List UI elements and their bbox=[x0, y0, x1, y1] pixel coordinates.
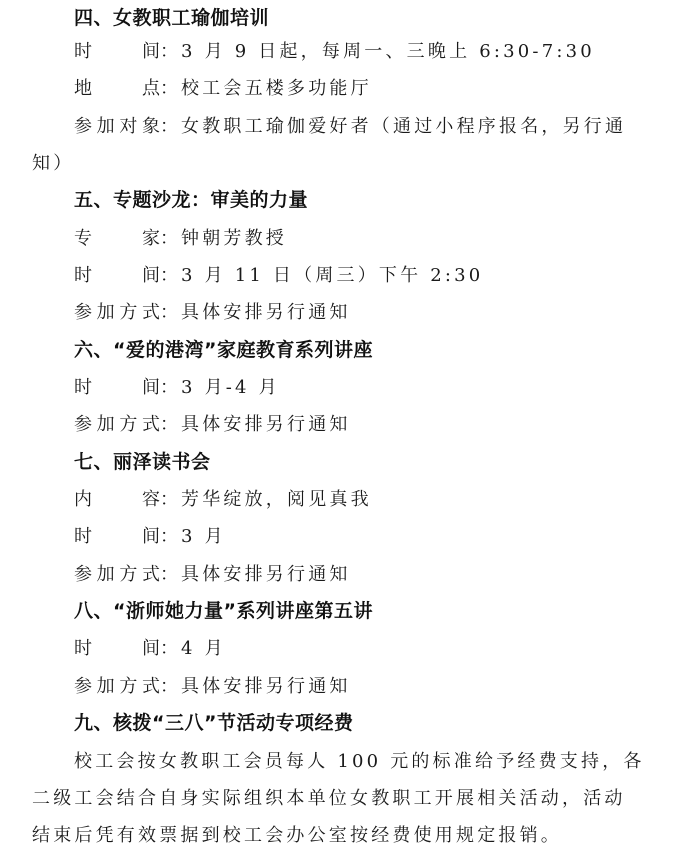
field-row-content: 内容：芳华绽放，阅见真我 bbox=[74, 481, 372, 518]
field-label: 参加对象 bbox=[74, 108, 160, 145]
paragraph-line: 结束后凭有效票据到校工会办公室按经费使用规定报销。 bbox=[32, 817, 562, 847]
field-row-time: 时间：4 月 bbox=[74, 630, 226, 667]
field-row-continuation: 知） bbox=[32, 145, 74, 182]
field-row-method: 参加方式：具体安排另行通知 bbox=[74, 668, 351, 705]
field-label: 参加方式 bbox=[74, 294, 160, 331]
field-value: 3 月 bbox=[181, 526, 226, 547]
field-value: 女教职工瑜伽爱好者（通过小程序报名，另行通 bbox=[181, 116, 626, 137]
field-value: 芳华绽放，阅见真我 bbox=[181, 489, 372, 510]
field-row-participants: 参加对象：女教职工瑜伽爱好者（通过小程序报名，另行通 bbox=[74, 108, 626, 145]
field-row-time: 时间：3 月 bbox=[74, 518, 226, 555]
field-value: 具体安排另行通知 bbox=[181, 676, 351, 697]
field-row-location: 地点：校工会五楼多功能厅 bbox=[74, 70, 372, 107]
section-heading-salon: 五、专题沙龙：审美的力量 bbox=[74, 182, 308, 219]
colon: ： bbox=[160, 257, 181, 294]
section-heading-book-club: 七、丽泽读书会 bbox=[74, 444, 211, 481]
field-value: 4 月 bbox=[181, 638, 226, 659]
field-row-time: 时间：3 月 11 日（周三）下午 2:30 bbox=[74, 257, 483, 294]
field-label: 专家 bbox=[74, 220, 160, 257]
field-row-expert: 专家：钟朝芳教授 bbox=[74, 220, 287, 257]
field-label: 参加方式 bbox=[74, 406, 160, 443]
colon: ： bbox=[160, 33, 181, 70]
field-value: 具体安排另行通知 bbox=[181, 564, 351, 585]
field-row-time: 时间：3 月-4 月 bbox=[74, 369, 280, 406]
field-row-method: 参加方式：具体安排另行通知 bbox=[74, 556, 351, 593]
colon: ： bbox=[160, 630, 181, 667]
field-label: 时间 bbox=[74, 257, 160, 294]
field-value: 钟朝芳教授 bbox=[181, 228, 287, 249]
field-label: 内容 bbox=[74, 481, 160, 518]
field-value: 具体安排另行通知 bbox=[181, 414, 351, 435]
field-value: 校工会五楼多功能厅 bbox=[181, 78, 372, 99]
colon: ： bbox=[160, 481, 181, 518]
colon: ： bbox=[160, 369, 181, 406]
field-value: 3 月 11 日（周三）下午 2:30 bbox=[181, 265, 483, 286]
field-label: 时间 bbox=[74, 518, 160, 555]
colon: ： bbox=[160, 294, 181, 331]
section-heading-funding: 九、核拨“三八”节活动专项经费 bbox=[74, 705, 353, 742]
section-heading-yoga: 四、女教职工瑜伽培训 bbox=[74, 0, 269, 37]
colon: ： bbox=[160, 406, 181, 443]
field-row-method: 参加方式：具体安排另行通知 bbox=[74, 294, 351, 331]
field-label: 参加方式 bbox=[74, 556, 160, 593]
colon: ： bbox=[160, 70, 181, 107]
section-heading-family-lectures: 六、“爱的港湾”家庭教育系列讲座 bbox=[74, 332, 373, 369]
colon: ： bbox=[160, 518, 181, 555]
paragraph-line: 校工会按女教职工会员每人 100 元的标准给予经费支持，各 bbox=[74, 743, 645, 780]
colon: ： bbox=[160, 108, 181, 145]
field-value: 具体安排另行通知 bbox=[181, 302, 351, 323]
field-label: 地点 bbox=[74, 70, 160, 107]
field-value: 3 月-4 月 bbox=[181, 377, 280, 398]
colon: ： bbox=[160, 668, 181, 705]
field-row-method: 参加方式：具体安排另行通知 bbox=[74, 406, 351, 443]
field-label: 时间 bbox=[74, 630, 160, 667]
colon: ： bbox=[160, 220, 181, 257]
colon: ： bbox=[160, 556, 181, 593]
field-label: 时间 bbox=[74, 369, 160, 406]
field-value: 3 月 9 日起，每周一、三晚上 6:30-7:30 bbox=[181, 41, 595, 62]
section-heading-lecture-series: 八、“浙师她力量”系列讲座第五讲 bbox=[74, 593, 373, 630]
paragraph-line: 二级工会结合自身实际组织本单位女教职工开展相关活动，活动 bbox=[32, 780, 626, 817]
field-label: 参加方式 bbox=[74, 668, 160, 705]
field-row-time: 时间：3 月 9 日起，每周一、三晚上 6:30-7:30 bbox=[74, 33, 595, 70]
field-label: 时间 bbox=[74, 33, 160, 70]
